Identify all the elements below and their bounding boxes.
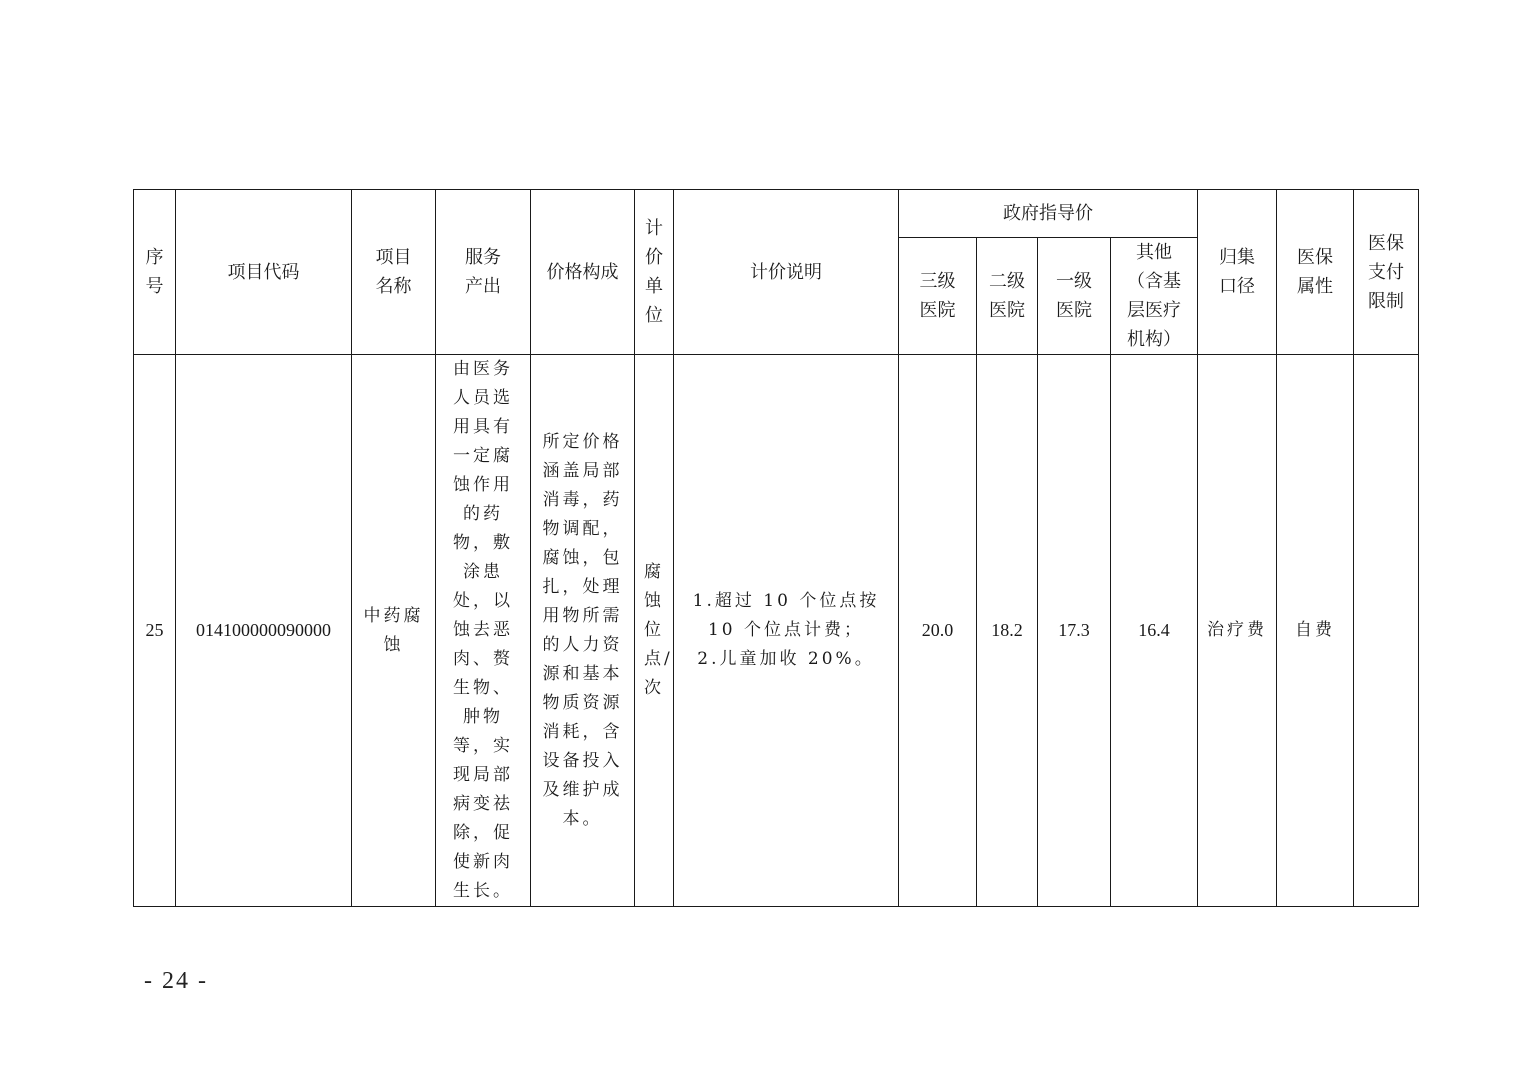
cell-seq: 25: [134, 355, 176, 907]
cell-name: 中药腐蚀: [352, 355, 436, 907]
cell-insurance-attr: 自费: [1277, 355, 1354, 907]
header-unit: 计价单位: [635, 190, 674, 355]
header-gov-price-group: 政府指导价: [899, 190, 1198, 238]
header-category: 归集口径: [1198, 190, 1277, 355]
header-name: 项目名称: [352, 190, 436, 355]
header-seq: 序号: [134, 190, 176, 355]
cell-price-composition: 所定价格涵盖局部消毒，药物调配，腐蚀，包扎，处理用物所需的人力资源和基本物质资源…: [531, 355, 635, 907]
cell-output: 由医务人员选用具有一定腐蚀作用的药物，敷涂患处，以蚀去恶肉、赘生物、肿物等，实现…: [436, 355, 531, 907]
header-level1: 一级医院: [1038, 238, 1111, 355]
cell-level1-price: 17.3: [1038, 355, 1111, 907]
page-number: - 24 -: [144, 968, 208, 995]
cell-pricing-notes: 1.超过 10 个位点按 10 个位点计费； 2.儿童加收 20%。: [674, 355, 899, 907]
cell-category: 治疗费: [1198, 355, 1277, 907]
header-code: 项目代码: [176, 190, 352, 355]
pricing-table: 序号 项目代码 项目名称 服务产出 价格构成 计价单位 计价说明 政府指导价 归…: [133, 189, 1419, 907]
header-insurance-attr: 医保属性: [1277, 190, 1354, 355]
header-row-1: 序号 项目代码 项目名称 服务产出 价格构成 计价单位 计价说明 政府指导价 归…: [134, 190, 1419, 238]
header-output: 服务产出: [436, 190, 531, 355]
header-level2: 二级医院: [977, 238, 1038, 355]
pricing-note-2: 2.儿童加收 20%。: [684, 645, 888, 674]
table-row: 25 014100000090000 中药腐蚀 由医务人员选用具有一定腐蚀作用的…: [134, 355, 1419, 907]
header-pricing-notes: 计价说明: [674, 190, 899, 355]
cell-code: 014100000090000: [176, 355, 352, 907]
cell-level2-price: 18.2: [977, 355, 1038, 907]
cell-insurance-limit: [1354, 355, 1419, 907]
cell-other-price: 16.4: [1111, 355, 1198, 907]
header-price-composition: 价格构成: [531, 190, 635, 355]
document-page: 序号 项目代码 项目名称 服务产出 价格构成 计价单位 计价说明 政府指导价 归…: [0, 0, 1520, 1074]
header-level3: 三级医院: [899, 238, 977, 355]
header-insurance-limit: 医保支付限制: [1354, 190, 1419, 355]
pricing-note-1: 1.超过 10 个位点按 10 个位点计费；: [684, 587, 888, 645]
cell-unit: 腐蚀位点/次: [635, 355, 674, 907]
header-other: 其他（含基层医疗机构）: [1111, 238, 1198, 355]
cell-level3-price: 20.0: [899, 355, 977, 907]
